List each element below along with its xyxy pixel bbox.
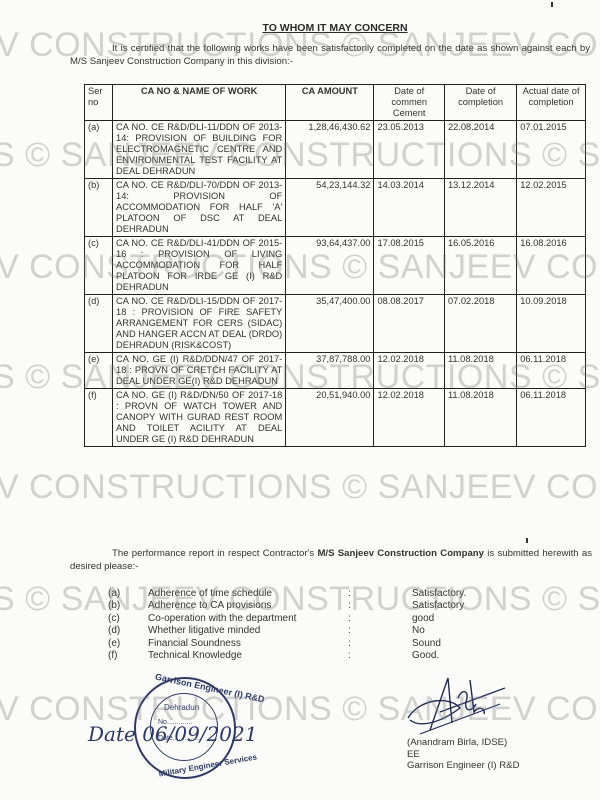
scan-speck (551, 2, 553, 7)
intro-paragraph: It is certified that the following works… (70, 42, 590, 68)
cell-commencement: 14.03.2014 (374, 179, 445, 237)
signatory-designation: EE (407, 749, 520, 761)
header-ser-no: Ser no (85, 85, 113, 121)
cell-commencement: 08.08.2017 (374, 295, 445, 353)
cell-actual-completion: 12.02.2015 (517, 179, 586, 237)
cell-actual-completion: 10.09.2018 (517, 295, 586, 353)
table-row: (a)CA NO. CE R&D/DLI-11/DDN OF 2013-14: … (85, 121, 586, 179)
cell-completion: 07.02.2018 (444, 295, 516, 353)
item-key: (c) (108, 613, 148, 625)
table-row: (f)CA NO. GE (I) R&D/DN/50 OF 2017-18 : … (85, 389, 586, 447)
item-label: Adherence of time schedule (148, 588, 348, 600)
header-completion: Date of completion (444, 85, 516, 121)
signature-block: (Anandram Birla, IDSE) EE Garrison Engin… (407, 737, 520, 772)
cell-work: CA NO. GE (I) R&D/DN/50 OF 2017-18 : PRO… (113, 389, 286, 447)
header-commencement: Date of commen Cement (374, 85, 445, 121)
cell-actual-completion: 06.11.2018 (517, 389, 586, 447)
item-val: Sound (412, 638, 492, 650)
cell-completion: 16.05.2016 (444, 237, 516, 295)
performance-item: (d)Whether litigative minded:No (108, 625, 492, 637)
performance-paragraph: The performance report in respect Contra… (70, 547, 592, 573)
item-key: (a) (108, 588, 148, 600)
cell-ser: (b) (85, 179, 113, 237)
item-key: (d) (108, 625, 148, 637)
cell-work: CA NO. CE R&D/DLI-11/DDN OF 2013-14: PRO… (113, 121, 286, 179)
cell-work: CA NO. CE R&D/DLI-70/DDN OF 2013-14: PRO… (113, 179, 286, 237)
table-row: (c)CA NO. CE R&D/DLI-41/DDN OF 2015-16 :… (85, 237, 586, 295)
handwritten-date: Date 06/09/2021 (88, 722, 257, 746)
item-val: Good. (412, 650, 492, 662)
cell-amount: 54,23,144.32 (286, 179, 374, 237)
scan-speck (526, 538, 528, 543)
cell-completion: 11.08.2018 (444, 353, 516, 389)
cell-actual-completion: 06.11.2018 (517, 353, 586, 389)
cell-commencement: 23.05.2013 (374, 121, 445, 179)
item-val: No (412, 625, 492, 637)
item-val: good (412, 613, 492, 625)
signatory-office: Garrison Engineer (I) R&D (407, 760, 520, 772)
cell-commencement: 17.08.2015 (374, 237, 445, 295)
item-colon: : (348, 638, 412, 650)
performance-company: M/S Sanjeev Construction Company (317, 548, 484, 559)
item-colon: : (348, 600, 412, 612)
item-colon: : (348, 613, 412, 625)
header-work: CA NO & NAME OF WORK (113, 85, 286, 121)
item-label: Whether litigative minded (148, 625, 348, 637)
item-colon: : (348, 625, 412, 637)
cell-amount: 35,47,400.00 (286, 295, 374, 353)
cell-completion: 13.12.2014 (444, 179, 516, 237)
signature-icon (400, 668, 510, 738)
table-row: (d)CA NO. CE R&D/DLI-15/DDN OF 2017-18 :… (85, 295, 586, 353)
performance-item: (b)Adherence to CA provisions:Satisfacto… (108, 600, 492, 612)
cell-amount: 1,28,46,430.62 (286, 121, 374, 179)
cell-amount: 20,51,940.00 (286, 389, 374, 447)
cell-work: CA NO. CE R&D/DLI-15/DDN OF 2017-18 : PR… (113, 295, 286, 353)
performance-text-before: The performance report in respect Contra… (112, 548, 317, 559)
cell-completion: 22.08.2014 (444, 121, 516, 179)
header-amount: CA AMOUNT (286, 85, 374, 121)
cell-ser: (f) (85, 389, 113, 447)
cell-work: CA NO. GE (I) R&D/DDN/47 OF 2017-18 : PR… (113, 353, 286, 389)
performance-item: (e)Financial Soundness:Sound (108, 638, 492, 650)
cell-amount: 37,87,788.00 (286, 353, 374, 389)
cell-commencement: 12.02.2018 (374, 389, 445, 447)
cell-completion: 11.08.2018 (444, 389, 516, 447)
performance-item: (a)Adherence of time schedule:Satisfacto… (108, 588, 492, 600)
item-colon: : (348, 650, 412, 662)
item-colon: : (348, 588, 412, 600)
item-key: (f) (108, 650, 148, 662)
works-table: Ser no CA NO & NAME OF WORK CA AMOUNT Da… (84, 84, 586, 447)
item-label: Co-operation with the department (148, 613, 348, 625)
cell-ser: (c) (85, 237, 113, 295)
cell-work: CA NO. CE R&D/DLI-41/DDN OF 2015-16 : PR… (113, 237, 286, 295)
watermark: V CONSTRUCTIONS © SANJEEV CONSTRUCTIONS (0, 468, 600, 507)
item-key: (e) (108, 638, 148, 650)
performance-items: (a)Adherence of time schedule:Satisfacto… (108, 588, 492, 662)
stamp-city: Dehradun (164, 703, 199, 712)
item-label: Technical Knowledge (148, 650, 348, 662)
table-header-row: Ser no CA NO & NAME OF WORK CA AMOUNT Da… (85, 85, 586, 121)
item-label: Financial Soundness (148, 638, 348, 650)
item-val: Satisfactory. (412, 588, 492, 600)
item-val: Satisfactory (412, 600, 492, 612)
cell-actual-completion: 16.08.2016 (517, 237, 586, 295)
signatory-name: (Anandram Birla, IDSE) (407, 737, 520, 749)
cell-actual-completion: 07.01.2015 (517, 121, 586, 179)
performance-item: (f)Technical Knowledge:Good. (108, 650, 492, 662)
cell-ser: (d) (85, 295, 113, 353)
table-row: (b)CA NO. CE R&D/DLI-70/DDN OF 2013-14: … (85, 179, 586, 237)
performance-item: (c)Co-operation with the department:good (108, 613, 492, 625)
cell-commencement: 12.02.2018 (374, 353, 445, 389)
header-actual-completion: Actual date of completion (517, 85, 586, 121)
cell-amount: 93,64,437.00 (286, 237, 374, 295)
table-row: (e)CA NO. GE (I) R&D/DDN/47 OF 2017-18 :… (85, 353, 586, 389)
cell-ser: (a) (85, 121, 113, 179)
item-label: Adherence to CA provisions (148, 600, 348, 612)
cell-ser: (e) (85, 353, 113, 389)
item-key: (b) (108, 600, 148, 612)
document-title: TO WHOM IT MAY CONCERN (0, 22, 600, 34)
